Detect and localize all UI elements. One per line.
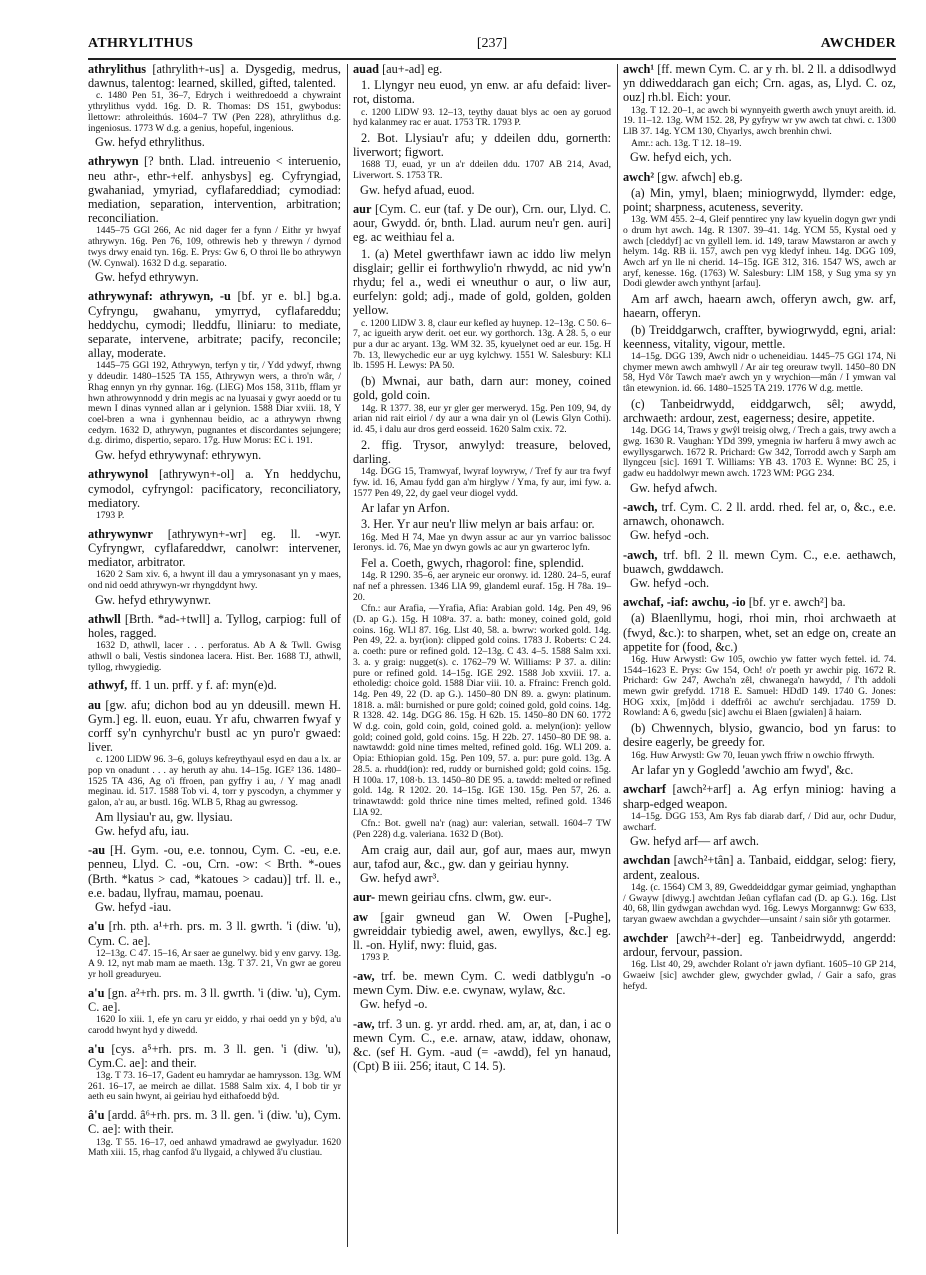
dictionary-entry: -awch, trf. bfl. 2 ll. mewn Cym. C., e.e… — [623, 548, 896, 591]
citations: 13g. T 55. 16–17, oed anhawd ymadrawd ae… — [88, 1138, 341, 1159]
headword: awcharf — [623, 782, 666, 796]
citations: c. 1480 Pen 51, 36–7, Edrych i weithredo… — [88, 91, 341, 134]
headword: athrywynaf: athrywyn, -u — [88, 289, 231, 303]
entry-definition: au [gw. afu; dichon bod au yn ddeusill. … — [88, 698, 341, 755]
citations: 13g. T 12. 20–1, ac awch bi wynnyeith gw… — [623, 106, 896, 138]
column-divider — [347, 64, 348, 1247]
cross-reference: Gw. hefyd -iau. — [95, 900, 341, 914]
sense-citations: 14g. DGG 14, Traws y gwŷl treisig olwg, … — [623, 426, 896, 480]
variant-note: Amr.: ach. 13g. T 12. 18–19. — [623, 139, 896, 150]
definition-text: trf. 3 un. g. yr ardd. rhed. am, ar, at,… — [353, 1017, 611, 1074]
cross-reference: Gw. hefyd ethrywynwr. — [95, 593, 341, 607]
entry-definition: aur- mewn geiriau cfns. clwm, gw. eur-. — [353, 890, 611, 904]
entry-definition: athrywynwr [athrywyn+-wr] eg. ll. -wyr. … — [88, 527, 341, 570]
citations: 1445–75 GGl 266, Ac nid dager fer a fynn… — [88, 226, 341, 269]
sense: Fel a. Coeth, gwych, rhagorol: fine, spl… — [353, 556, 611, 570]
dictionary-entry: athwll [Brth. *ad-+twll] a. Tyllog, carp… — [88, 612, 341, 674]
definition-text: [gw. afwch] eb.g. — [657, 170, 743, 184]
headword: aw — [353, 910, 368, 924]
headword: athrywynol — [88, 467, 148, 481]
dictionary-entry: awchaf, -iaf: awchu, -io [bf. yr e. awch… — [623, 595, 896, 777]
sense-citations: 14g. R 1377. 38, eur yr gler ger merwery… — [353, 404, 611, 436]
sense-citations: Cfn.: aur Arafia, —Yrafia, Afia: Arabian… — [353, 604, 611, 818]
cross-reference: Am llysiau'r au, gw. llysiau. — [95, 810, 341, 824]
dictionary-entry: -au [H. Gym. -ou, e.e. tonnou, Cym. C. -… — [88, 843, 341, 914]
entry-definition: a'u [rh. pth. a¹+rh. prs. m. 3 ll. gwrth… — [88, 919, 341, 947]
sense: (b) Chwennych, blysio, gwancio, bod yn f… — [623, 721, 896, 749]
sense-citations: 16g. Med H 74, Mae yn dwyn assur ac aur … — [353, 533, 611, 554]
definition-text: trf. be. mewn Cym. C. wedi datblygu'n -o… — [353, 969, 611, 997]
sense: Ar lafar yn y Gogledd 'awchio am fwyd', … — [623, 763, 896, 777]
cross-reference: Gw. hefyd afu, iau. — [95, 824, 341, 838]
right-guide-word: AWCHDER — [821, 36, 896, 52]
cross-reference: Gw. hefyd -och. — [630, 576, 896, 590]
cross-reference: Gw. hefyd eich, ych. — [630, 150, 896, 164]
entry-definition: awch² [gw. afwch] eb.g. — [623, 170, 896, 184]
citations: 1620 2 Sam xiv. 6, a hwynt ill dau a ymr… — [88, 570, 341, 591]
sense: 3. Her. Yr aur neu'r lliw melyn ar bais … — [353, 517, 611, 531]
sense-citations: 16g. Huw Arwystl: Gw 105, owchio yw fatt… — [623, 655, 896, 719]
definition-text: [ardd. â⁶+rh. prs. m. 3 ll. gen. 'i (diw… — [88, 1108, 341, 1136]
entry-definition: awchaf, -iaf: awchu, -io [bf. yr e. awch… — [623, 595, 896, 609]
dictionary-entry: -aw, trf. 3 un. g. yr ardd. rhed. am, ar… — [353, 1017, 611, 1074]
cross-reference: Gw. hefyd afuad, euod. — [360, 183, 611, 197]
definition-text: [gw. afu; dichon bod au yn ddeusill. mew… — [88, 698, 341, 755]
headword: awch² — [623, 170, 654, 184]
citations: 1793 P. — [353, 953, 611, 964]
dictionary-entry: aur- mewn geiriau cfns. clwm, gw. eur-. — [353, 890, 611, 904]
dictionary-entry: -awch, trf. Cym. C. 2 ll. ardd. rhed. fe… — [623, 500, 896, 543]
dictionary-entry: awcharf [awch²+arf] a. Ag erfyn miniog: … — [623, 782, 896, 848]
column-3: awch¹ [ff. mewn Cym. C. ar y rh. bl. 2 l… — [623, 62, 896, 997]
dictionary-entry: awchdan [awch²+tân] a. Tanbaid, eiddgar,… — [623, 853, 896, 925]
dictionary-entry: athrywynol [athrywyn+-ol] a. Yn heddychu… — [88, 467, 341, 521]
citations: 16g. Llst 40, 29, awchder Rolant o'r jaw… — [623, 960, 896, 992]
citations: 12–13g. C 47. 15–16, Ar saer ae gunelwy.… — [88, 949, 341, 981]
definition-text: [bf. yr e. awch²] ba. — [749, 595, 846, 609]
sense-citations: c. 1200 LlDW 93. 12–13, teythy dauat bly… — [353, 108, 611, 129]
entry-definition: aur [Cym. C. eur (taf. y De our), Crn. o… — [353, 202, 611, 245]
sense: Am craig aur, dail aur, gof aur, maes au… — [353, 843, 611, 871]
entry-definition: -awch, trf. bfl. 2 ll. mewn Cym. C., e.e… — [623, 548, 896, 576]
sense-citations: 14–15g. DGG 139, Awch nidr o ucheneidiau… — [623, 352, 896, 395]
sense: (b) Mwnai, aur bath, darn aur: money, co… — [353, 374, 611, 402]
sense: 1. Llyngyr neu euod, yn enw. ar afu defa… — [353, 78, 611, 106]
running-header: ATHRYLITHUS [237] AWCHDER — [88, 36, 896, 58]
definition-text: [cys. a⁵+rh. prs. m. 3 ll. gen. 'i (diw.… — [88, 1042, 341, 1070]
headword: aur- — [353, 890, 375, 904]
definition-text: [Cym. C. eur (taf. y De our), Crn. our, … — [353, 202, 611, 244]
headword: athrywynwr — [88, 527, 153, 541]
headword: -awch, — [623, 548, 658, 562]
sense: (a) Blaenllymu, hogi, rhoi min, rhoi arc… — [623, 611, 896, 654]
citations: c. 1200 LlDW 96. 3–6, goluys kefreythyau… — [88, 755, 341, 809]
dictionary-entry: athrylithus [athrylith+-us] a. Dysgedig,… — [88, 62, 341, 149]
entry-definition: -awch, trf. Cym. C. 2 ll. ardd. rhed. fe… — [623, 500, 896, 528]
sense-citations: c. 1200 LlDW 3. 8, claur eur kefled ay h… — [353, 319, 611, 373]
citations: 1445–75 GGl 192, Athrywyn, terfyn y tir,… — [88, 361, 341, 447]
dictionary-entry: athwyf, ff. 1 un. prff. y f. af: myn(e)d… — [88, 678, 341, 692]
entry-definition: athrylithus [athrylith+-us] a. Dysgedig,… — [88, 62, 341, 90]
dictionary-entry: -aw, trf. be. mewn Cym. C. wedi datblygu… — [353, 969, 611, 1012]
column-1: athrylithus [athrylith+-us] a. Dysgedig,… — [88, 62, 341, 1164]
sense: (b) Treiddgarwch, craffter, bywiogrwydd,… — [623, 323, 896, 351]
headword: a'u — [88, 986, 104, 1000]
dictionary-entry: awchder [awch²+-der] eg. Tanbeidrwydd, a… — [623, 931, 896, 993]
cross-reference: Gw. hefyd ethrywynaf: ethrywyn. — [95, 448, 341, 462]
dictionary-entry: aur [Cym. C. eur (taf. y De our), Crn. o… — [353, 202, 611, 885]
sense: 2. Bot. Llysiau'r afu; y ddeilen ddu, go… — [353, 131, 611, 159]
entry-definition: aw [gair gwneud gan W. Owen [-Pughe], gw… — [353, 910, 611, 953]
entry-definition: awchdan [awch²+tân] a. Tanbaid, eiddgar,… — [623, 853, 896, 881]
definition-text: [Brth. *ad-+twll] a. Tyllog, carpiog: fu… — [88, 612, 341, 640]
sense: 1. (a) Metel gwerthfawr iawn ac iddo liw… — [353, 247, 611, 318]
sense-citations: 14g. DGG 15, Tramwyaf, lwyraf loywryw, /… — [353, 467, 611, 499]
sense-citations: 14g. R 1290. 35–6, aer aryneic eur oronw… — [353, 571, 611, 603]
dictionary-entry: athrywynwr [athrywyn+-wr] eg. ll. -wyr. … — [88, 527, 341, 607]
entry-definition: -au [H. Gym. -ou, e.e. tonnou, Cym. C. -… — [88, 843, 341, 900]
sense: Ar lafar yn Arfon. — [353, 501, 611, 515]
definition-text: [gn. a²+rh. prs. m. 3 ll. gwrth. 'i (diw… — [88, 986, 341, 1014]
dictionary-entry: athrywynaf: athrywyn, -u [bf. yr e. bl.]… — [88, 289, 341, 462]
dictionary-entry: a'u [cys. a⁵+rh. prs. m. 3 ll. gen. 'i (… — [88, 1042, 341, 1104]
headword: -awch, — [623, 500, 658, 514]
cross-reference: Gw. hefyd arf— arf awch. — [630, 834, 896, 848]
column-2: auad [au+-ad] eg.1. Llyngyr neu euod, yn… — [353, 62, 611, 1078]
definition-text: ff. 1 un. prff. y f. af: myn(e)d. — [130, 678, 276, 692]
entry-definition: -aw, trf. 3 un. g. yr ardd. rhed. am, ar… — [353, 1017, 611, 1074]
dictionary-entry: awch² [gw. afwch] eb.g.(a) Min, ymyl, bl… — [623, 170, 896, 495]
sense: (a) Min, ymyl, blaen; miniogrwydd, llymd… — [623, 186, 896, 214]
definition-text: [H. Gym. -ou, e.e. tonnou, Cym. C. -eu, … — [88, 843, 341, 900]
sense-citations: 1688 TJ, euad, yr un a'r ddeilen ddu. 17… — [353, 160, 611, 181]
column-divider — [617, 64, 618, 1234]
dictionary-entry: athrywyn [? bnth. Llad. intreuenio < int… — [88, 154, 341, 284]
headword: aur — [353, 202, 371, 216]
dictionary-entry: a'u [rh. pth. a¹+rh. prs. m. 3 ll. gwrth… — [88, 919, 341, 981]
entry-definition: awch¹ [ff. mewn Cym. C. ar y rh. bl. 2 l… — [623, 62, 896, 105]
header-rule — [88, 58, 896, 60]
entry-definition: awchder [awch²+-der] eg. Tanbeidrwydd, a… — [623, 931, 896, 959]
page-number: [237] — [88, 36, 896, 52]
entry-definition: athwll [Brth. *ad-+twll] a. Tyllog, carp… — [88, 612, 341, 640]
entry-definition: awcharf [awch²+arf] a. Ag erfyn miniog: … — [623, 782, 896, 810]
cross-reference: Gw. hefyd ethrywyn. — [95, 270, 341, 284]
sense-citations: 16g. Huw Arwystl: Gw 70, Ieuan ywch ffri… — [623, 751, 896, 762]
headword: athrylithus — [88, 62, 146, 76]
headword: a'u — [88, 1042, 104, 1056]
headword: awchaf, -iaf: awchu, -io — [623, 595, 746, 609]
definition-text: trf. bfl. 2 ll. mewn Cym. C., e.e. aetha… — [623, 548, 896, 576]
definition-text: [ff. mewn Cym. C. ar y rh. bl. 2 ll. a d… — [623, 62, 896, 104]
headword: au — [88, 698, 101, 712]
headword: athwll — [88, 612, 121, 626]
cross-reference: Gw. hefyd -och. — [630, 528, 896, 542]
dictionary-entry: aw [gair gwneud gan W. Owen [-Pughe], gw… — [353, 910, 611, 964]
citations: 14–15g. DGG 153, Am Rys fab diarab darf,… — [623, 812, 896, 833]
entry-definition: -aw, trf. be. mewn Cym. C. wedi datblygu… — [353, 969, 611, 997]
headword: athwyf, — [88, 678, 127, 692]
headword: -aw, — [353, 1017, 375, 1031]
definition-text: [au+-ad] eg. — [382, 62, 442, 76]
entry-definition: athrywynaf: athrywyn, -u [bf. yr e. bl.]… — [88, 289, 341, 360]
citations: 14g. (c. 1564) CM 3, 89, Gweddeiddgar gy… — [623, 883, 896, 926]
sense: Am arf awch, haearn awch, offeryn awch, … — [623, 292, 896, 320]
sense-citations: 13g. WM 455. 2–4, Gleif penntirec yny la… — [623, 215, 896, 290]
citations: 1793 P. — [88, 511, 341, 522]
headword: athrywyn — [88, 154, 139, 168]
entry-definition: athwyf, ff. 1 un. prff. y f. af: myn(e)d… — [88, 678, 341, 692]
headword: awch¹ — [623, 62, 654, 76]
sense: (c) Tanbeidrwydd, eiddgarwch, sêl; awydd… — [623, 397, 896, 425]
dictionary-entry: au [gw. afu; dichon bod au yn ddeusill. … — [88, 698, 341, 839]
entry-definition: â'u [ardd. â⁶+rh. prs. m. 3 ll. gen. 'i … — [88, 1108, 341, 1136]
cross-reference: Gw. hefyd ethrylithus. — [95, 135, 341, 149]
entry-definition: a'u [gn. a²+rh. prs. m. 3 ll. gwrth. 'i … — [88, 986, 341, 1014]
headword: -au — [88, 843, 105, 857]
entry-definition: a'u [cys. a⁵+rh. prs. m. 3 ll. gen. 'i (… — [88, 1042, 341, 1070]
cross-reference: Gw. hefyd afwch. — [630, 481, 896, 495]
sense: 2. ffig. Trysor, anwylyd: treasure, belo… — [353, 438, 611, 466]
citations: 13g. T 73. 16–17, Gadent eu hamrydar ae … — [88, 1071, 341, 1103]
entry-definition: athrywyn [? bnth. Llad. intreuenio < int… — [88, 154, 341, 225]
headword: a'u — [88, 919, 104, 933]
definition-text: [gair gwneud gan W. Owen [-Pughe], gwrei… — [353, 910, 611, 952]
definition-text: [rh. pth. a¹+rh. prs. m. 3 ll. gwrth. 'i… — [88, 919, 341, 947]
headword: awchdan — [623, 853, 670, 867]
dictionary-entry: awch¹ [ff. mewn Cym. C. ar y rh. bl. 2 l… — [623, 62, 896, 165]
definition-text: mewn geiriau cfns. clwm, gw. eur-. — [378, 890, 551, 904]
headword: auad — [353, 62, 379, 76]
entry-definition: auad [au+-ad] eg. — [353, 62, 611, 76]
headword: -aw, — [353, 969, 375, 983]
headword: awchder — [623, 931, 668, 945]
headword: â'u — [88, 1108, 104, 1122]
cross-reference: Gw. hefyd -o. — [360, 997, 611, 1011]
dictionary-entry: auad [au+-ad] eg.1. Llyngyr neu euod, yn… — [353, 62, 611, 197]
citations: 1632 D, athwll, lacer . . . perforatus. … — [88, 641, 341, 673]
entry-definition: athrywynol [athrywyn+-ol] a. Yn heddychu… — [88, 467, 341, 510]
sense-citations: Cfn.: Bot. gwell na'r (nag) aur: valeria… — [353, 819, 611, 840]
cross-reference: Gw. hefyd awr³. — [360, 871, 611, 885]
dictionary-entry: a'u [gn. a²+rh. prs. m. 3 ll. gwrth. 'i … — [88, 986, 341, 1037]
definition-text: trf. Cym. C. 2 ll. ardd. rhed. fel ar, o… — [623, 500, 896, 528]
dictionary-entry: â'u [ardd. â⁶+rh. prs. m. 3 ll. gen. 'i … — [88, 1108, 341, 1159]
citations: 1620 Io xiii. 1, efe yn caru yr eiddo, y… — [88, 1015, 341, 1036]
